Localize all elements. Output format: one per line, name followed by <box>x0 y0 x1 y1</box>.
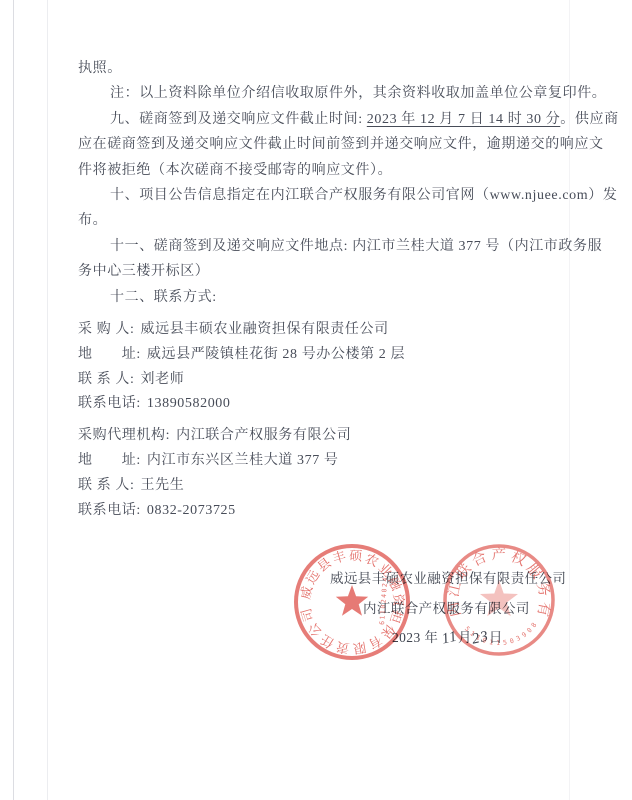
contact-row: 联 系 人:刘老师 <box>78 368 583 393</box>
contact-row: 地 址:内江市东兴区兰桂大道 377 号 <box>78 449 583 474</box>
doc-text: 务中心三楼开标区） <box>78 264 209 279</box>
document-paragraph-lines: 执照。注：以上资料除单位介绍信收取原件外，其余资料收取加盖单位公章复印件。九、磋… <box>78 56 583 310</box>
contact-value: 内江市东兴区兰桂大道 377 号 <box>147 453 339 468</box>
doc-text: 布。 <box>78 213 107 228</box>
contact-row: 采 购 人:威远县丰硕农业融资担保有限责任公司 <box>78 318 583 343</box>
doc-line: 务中心三楼开标区） <box>78 259 583 284</box>
contact-row: 采购代理机构:内江联合产权服务有限公司 <box>78 424 583 449</box>
doc-text: 九、磋商签到及递交响应文件截止时间: <box>110 112 367 127</box>
doc-text: 。供应商 <box>560 112 618 127</box>
contact-label: 地 址: <box>78 347 141 362</box>
contact-value: 刘老师 <box>141 372 185 387</box>
seal-side-number: 611024024 <box>378 576 389 625</box>
contact-label: 联系电话: <box>78 396 141 411</box>
doc-line: 十一、磋商签到及递交响应文件地点: 内江市兰桂大道 377 号（内江市政务服 <box>78 234 583 259</box>
contact-label: 联系电话: <box>78 503 141 518</box>
scan-edge-line <box>13 0 14 800</box>
contact-value: 13890582000 <box>147 396 231 411</box>
doc-line: 十、项目公告信息指定在内江联合产权服务有限公司官网（www.njuee.com）… <box>78 183 583 208</box>
doc-text: 十一、磋商签到及递交响应文件地点: 内江市兰桂大道 377 号（内江市政务服 <box>110 239 602 254</box>
contact-value: 王先生 <box>141 478 185 493</box>
doc-line: 十二、联系方式: <box>78 285 583 310</box>
doc-line: 九、磋商签到及递交响应文件截止时间: 2023 年 12 月 7 日 14 时 … <box>78 107 583 132</box>
deadline-underlined-text: 2023 年 12 月 7 日 14 时 30 分 <box>367 112 561 127</box>
doc-line: 应在磋商签到及递交响应文件截止时间前签到并递交响应文件，逾期递交的响应文 <box>78 132 583 157</box>
contact-value: 内江联合产权服务有限公司 <box>176 428 351 443</box>
buyer-company-seal: 威远县丰硕农业融资担保有限责任公司 611024024 <box>291 541 413 663</box>
doc-line: 注：以上资料除单位介绍信收取原件外，其余资料收取加盖单位公章复印件。 <box>78 81 583 106</box>
seal-star-icon <box>480 580 518 616</box>
contact-row: 联 系 人:王先生 <box>78 474 583 499</box>
doc-text: 件将被拒绝（本次磋商不接受邮寄的响应文件）。 <box>78 163 392 178</box>
doc-text: 应在磋商签到及递交响应文件截止时间前签到并递交响应文件，逾期递交的响应文 <box>78 137 604 152</box>
doc-line: 执照。 <box>78 56 583 81</box>
contact-label: 地 址: <box>78 453 141 468</box>
contact-value: 威远县丰硕农业融资担保有限责任公司 <box>141 322 389 337</box>
contact-label: 联 系 人: <box>78 478 135 493</box>
contact-info-block: 采 购 人:威远县丰硕农业融资担保有限责任公司地 址:威远县严陵镇桂花街 28 … <box>78 318 583 523</box>
contact-row: 地 址:威远县严陵镇桂花街 28 号办公楼第 2 层 <box>78 343 583 368</box>
doc-text: 十、项目公告信息指定在内江联合产权服务有限公司官网（www.njuee.com）… <box>110 188 617 203</box>
doc-line: 件将被拒绝（本次磋商不接受邮寄的响应文件）。 <box>78 158 583 183</box>
contact-row: 联系电话:13890582000 <box>78 392 583 417</box>
agency-company-seal: 内江联合产权服务有限公司 5110115039086 <box>440 541 558 659</box>
doc-line: 布。 <box>78 208 583 233</box>
contact-row: 联系电话:0832-2073725 <box>78 499 583 524</box>
contact-label: 采购代理机构: <box>78 428 170 443</box>
doc-text: 执照。 <box>78 61 122 76</box>
contact-value: 威远县严陵镇桂花街 28 号办公楼第 2 层 <box>147 347 405 362</box>
scan-edge-line <box>47 0 48 800</box>
doc-text: 十二、联系方式: <box>110 290 217 305</box>
contact-value: 0832-2073725 <box>147 503 236 518</box>
seal-star-icon <box>336 585 368 616</box>
contact-label: 采 购 人: <box>78 322 135 337</box>
scanned-document-page: 执照。注：以上资料除单位介绍信收取原件外，其余资料收取加盖单位公章复印件。九、磋… <box>0 0 632 800</box>
contact-label: 联 系 人: <box>78 372 135 387</box>
document-body: 执照。注：以上资料除单位介绍信收取原件外，其余资料收取加盖单位公章复印件。九、磋… <box>78 56 583 523</box>
doc-text: 注：以上资料除单位介绍信收取原件外，其余资料收取加盖单位公章复印件。 <box>110 86 606 101</box>
